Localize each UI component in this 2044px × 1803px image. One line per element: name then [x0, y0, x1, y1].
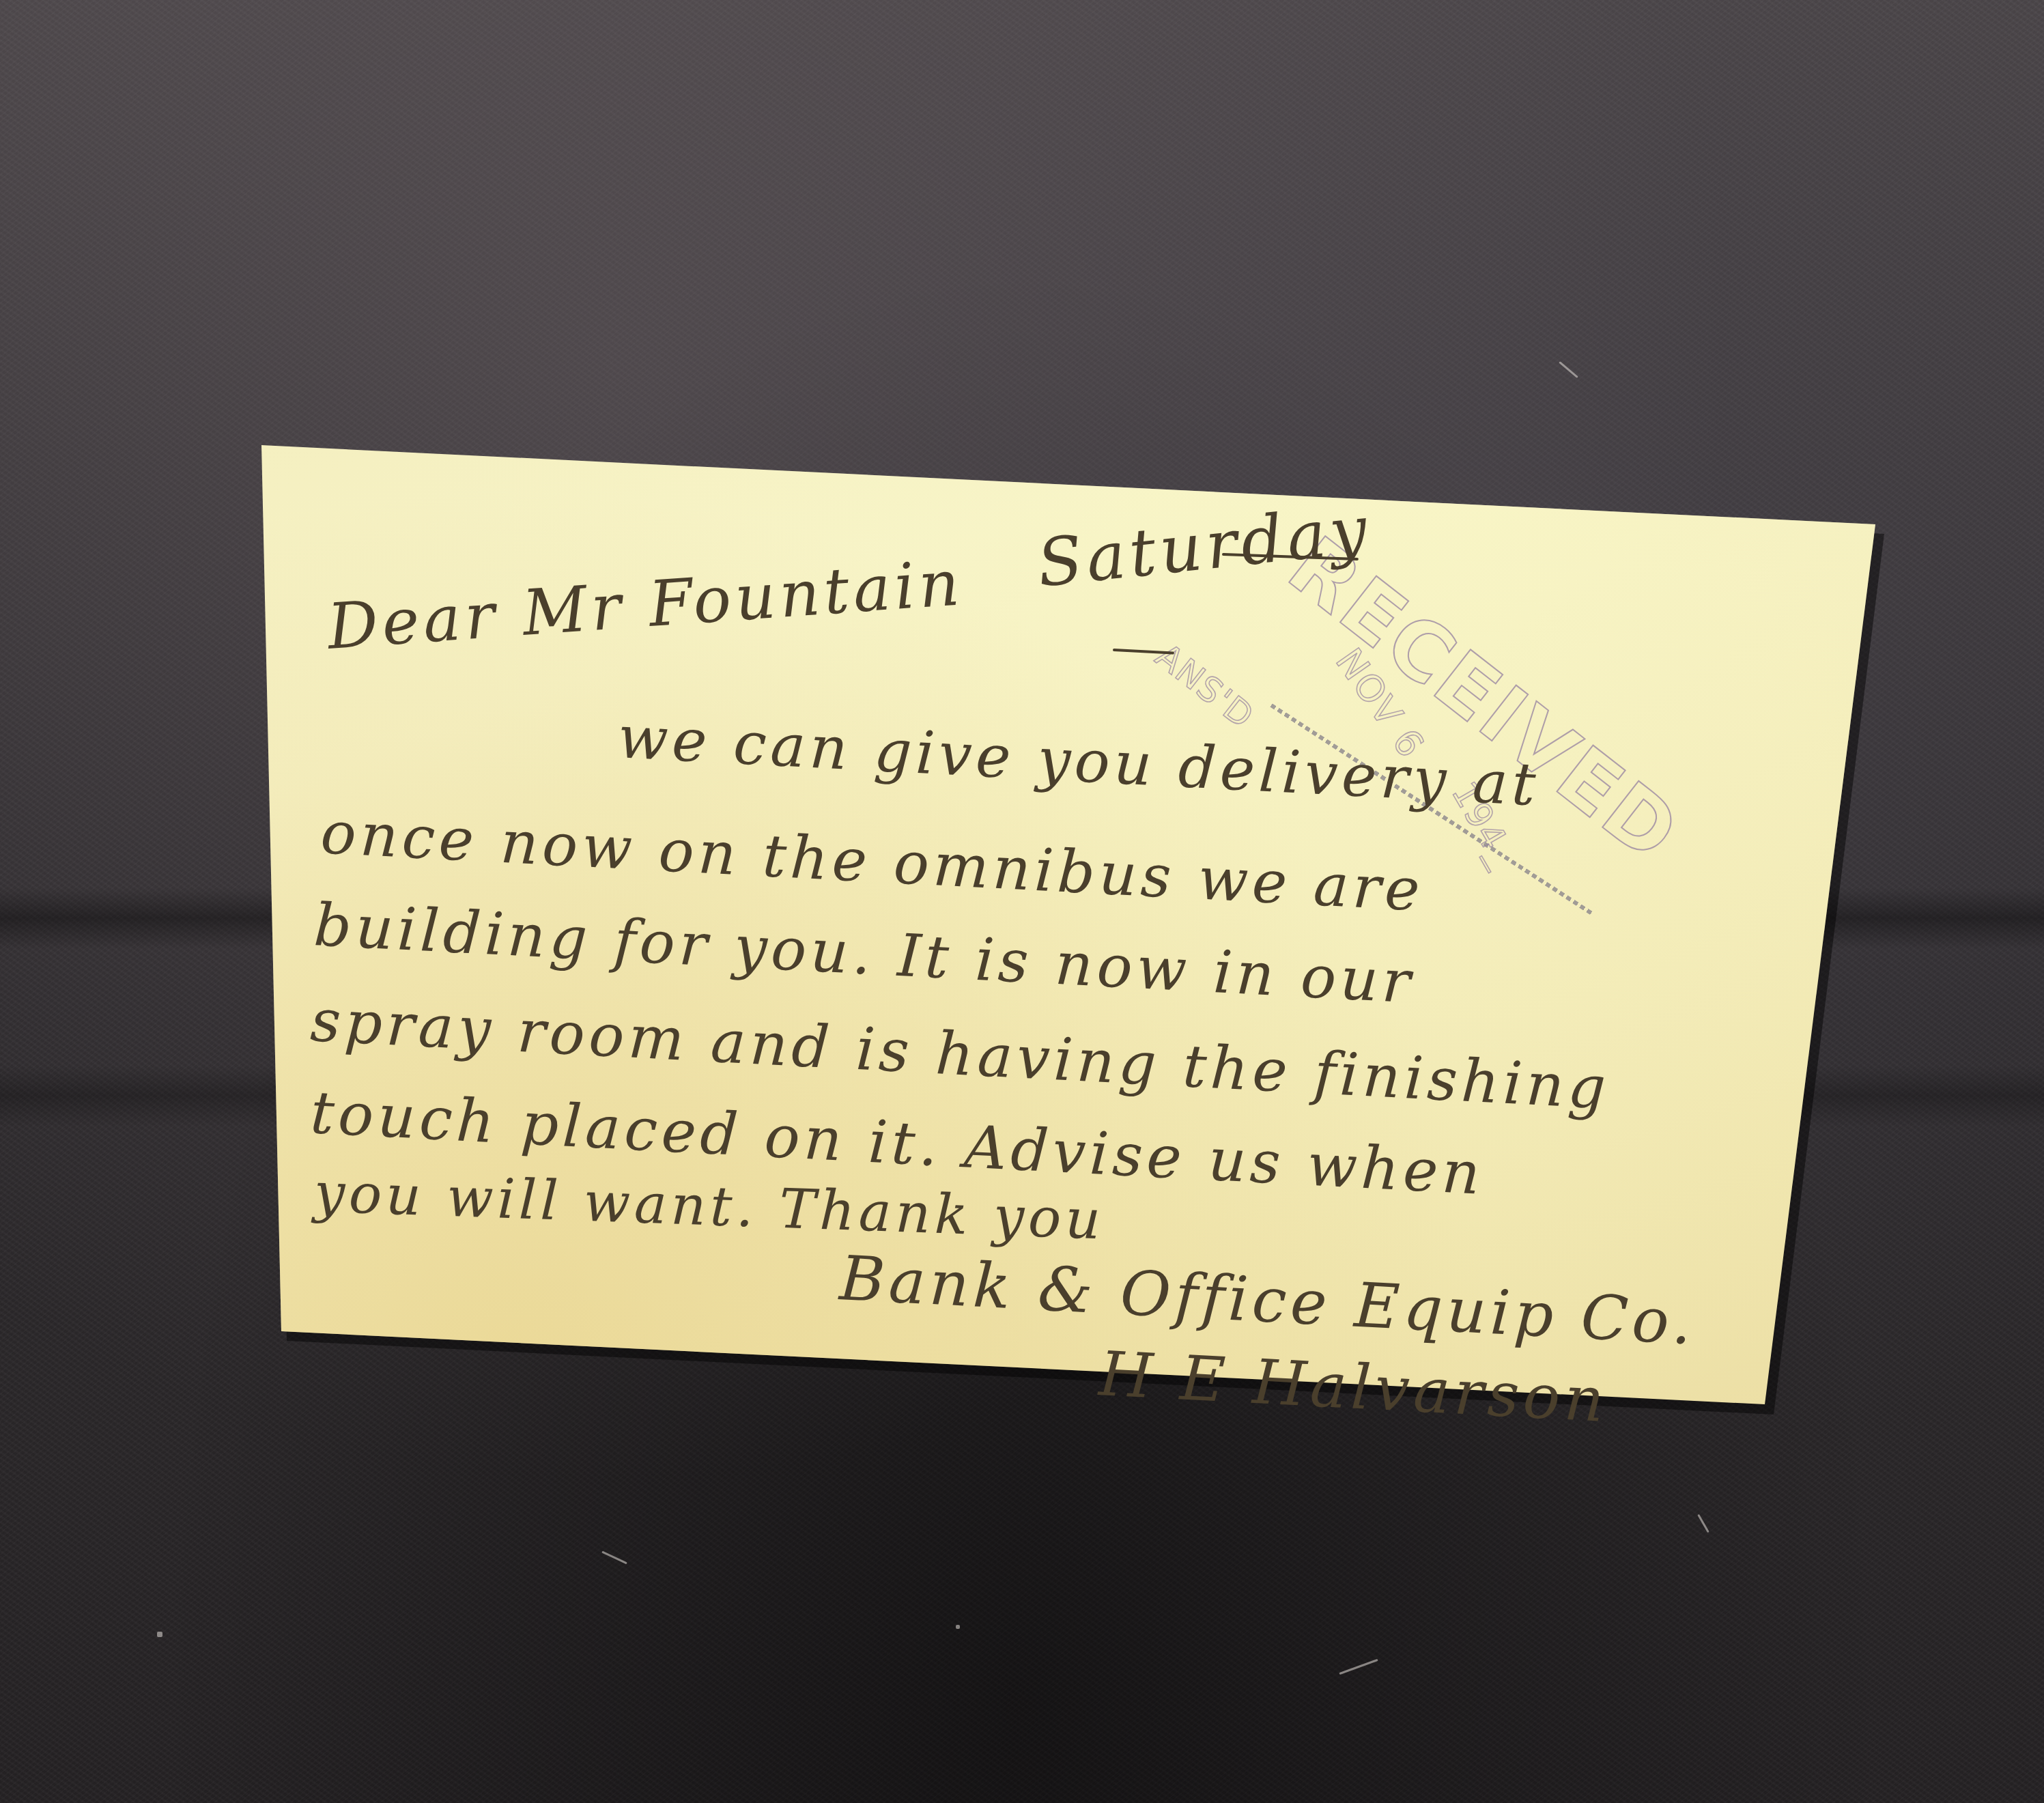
lint-speck	[956, 1625, 960, 1629]
lint-speck	[157, 1632, 162, 1637]
